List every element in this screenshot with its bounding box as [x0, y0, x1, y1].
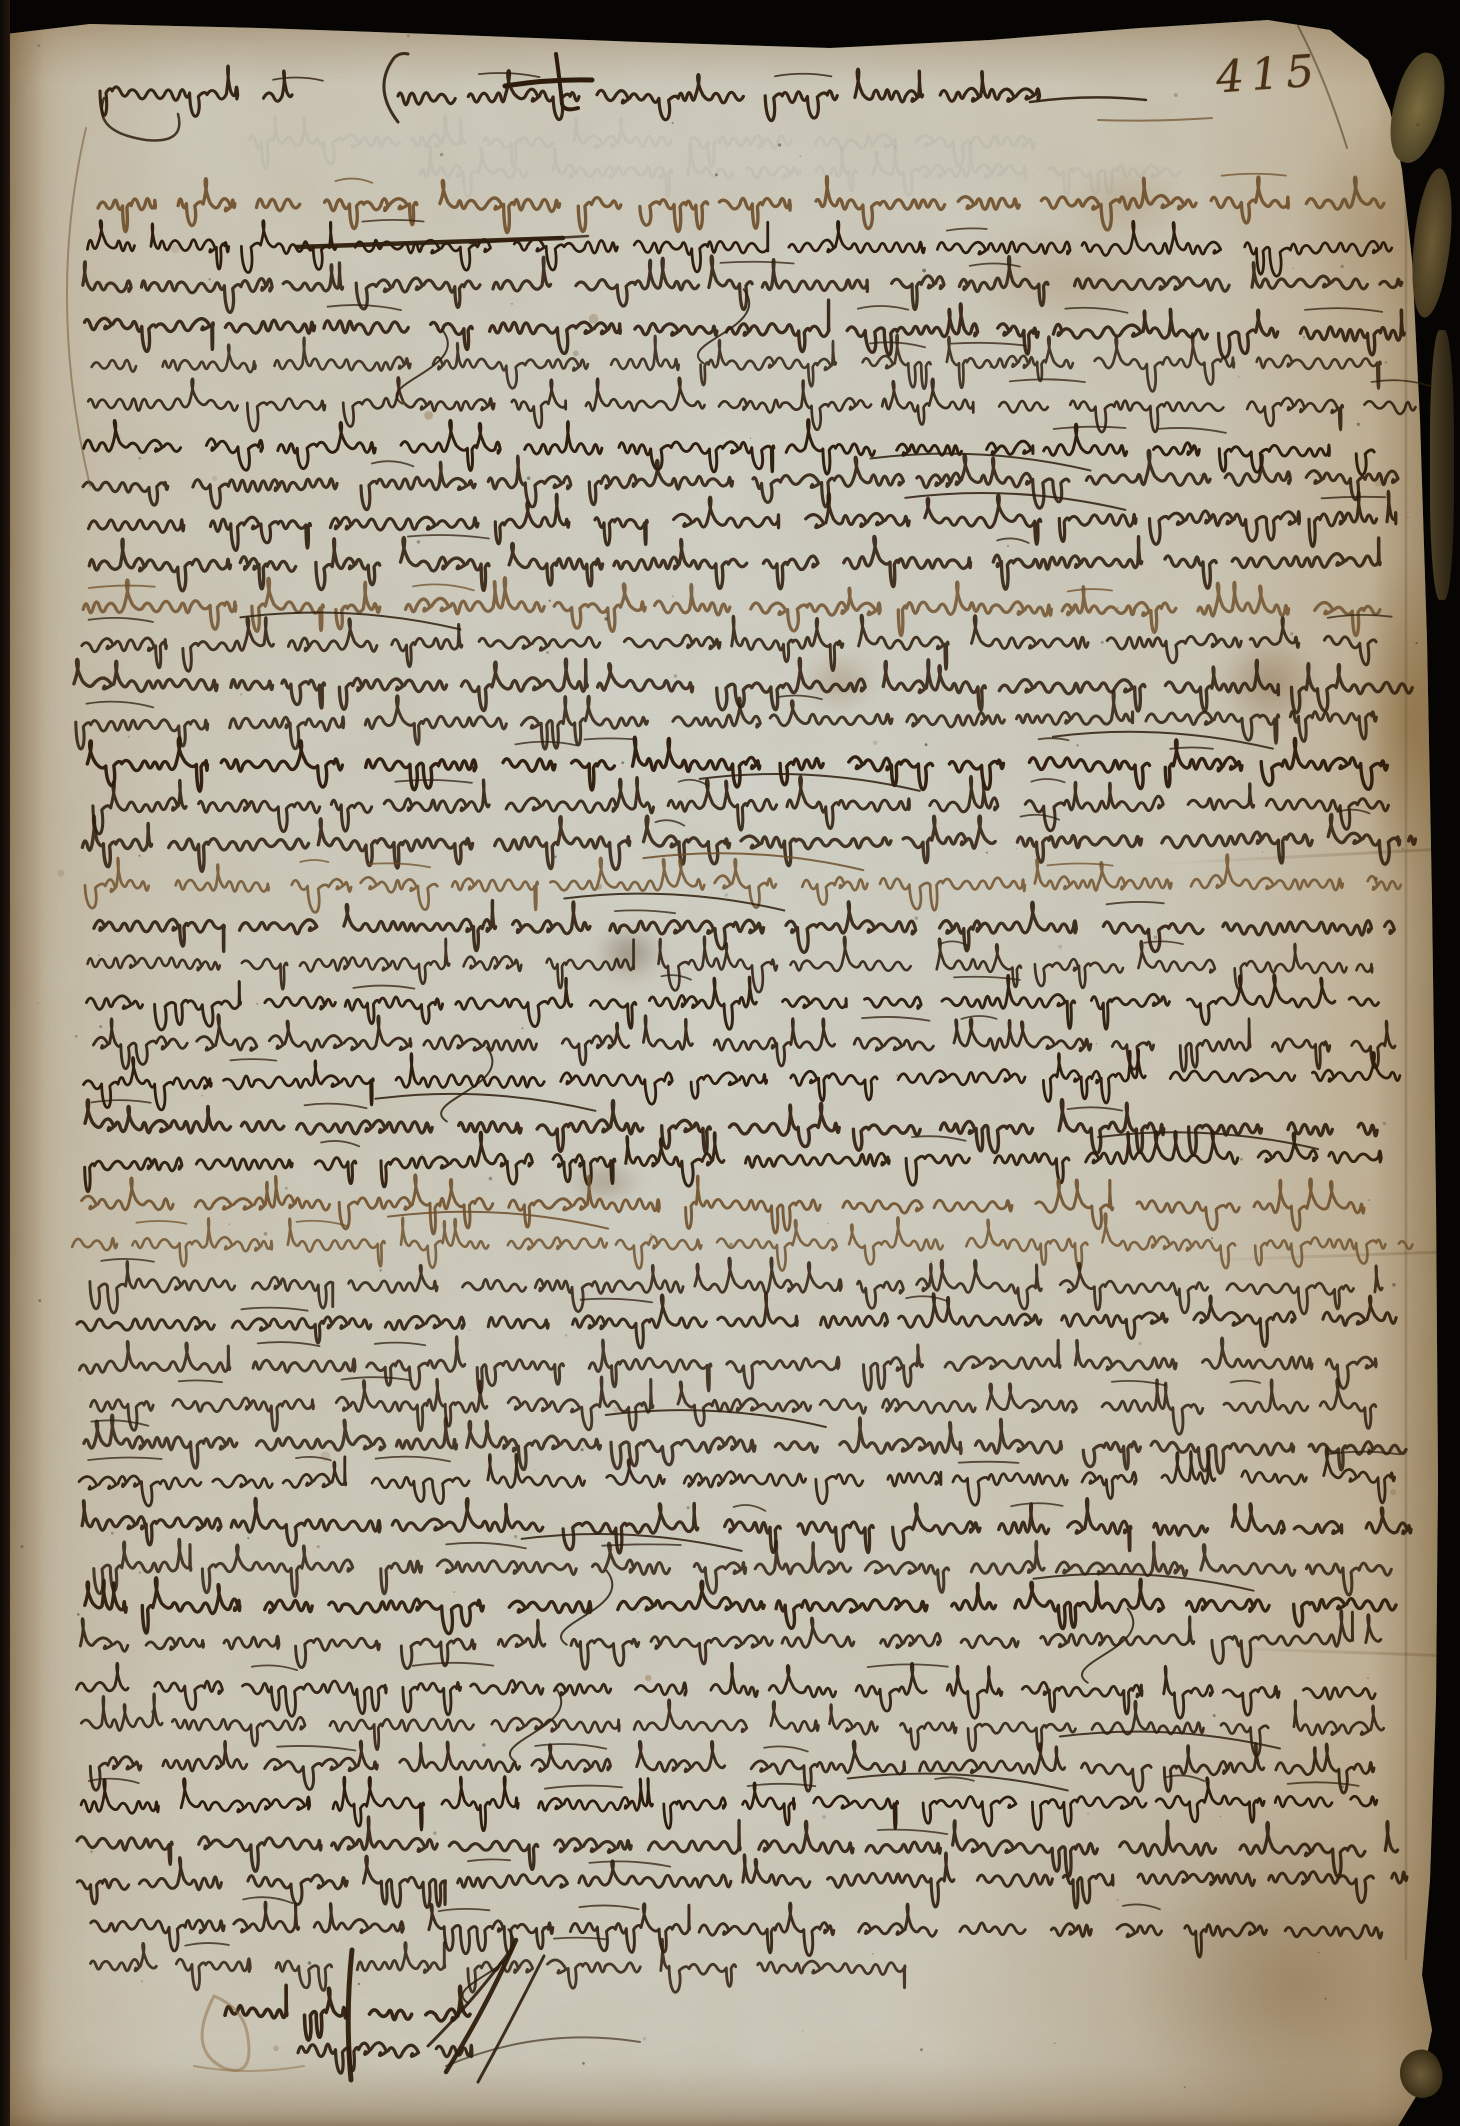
folio-number: 415 [1214, 44, 1347, 104]
parchment-page [0, 0, 1460, 2126]
manuscript-photo: 415 Carta pagada Obligaçion de Juº de Ar… [0, 0, 1460, 2126]
paper-speck-noise [0, 0, 1460, 2126]
paper-grain-texture [0, 0, 1460, 2126]
paper-speck [1416, 123, 1420, 127]
fore-edge-debris-3 [1430, 330, 1454, 600]
binding-edge-left [0, 0, 10, 2126]
fore-edge-debris-2 [1406, 167, 1457, 320]
